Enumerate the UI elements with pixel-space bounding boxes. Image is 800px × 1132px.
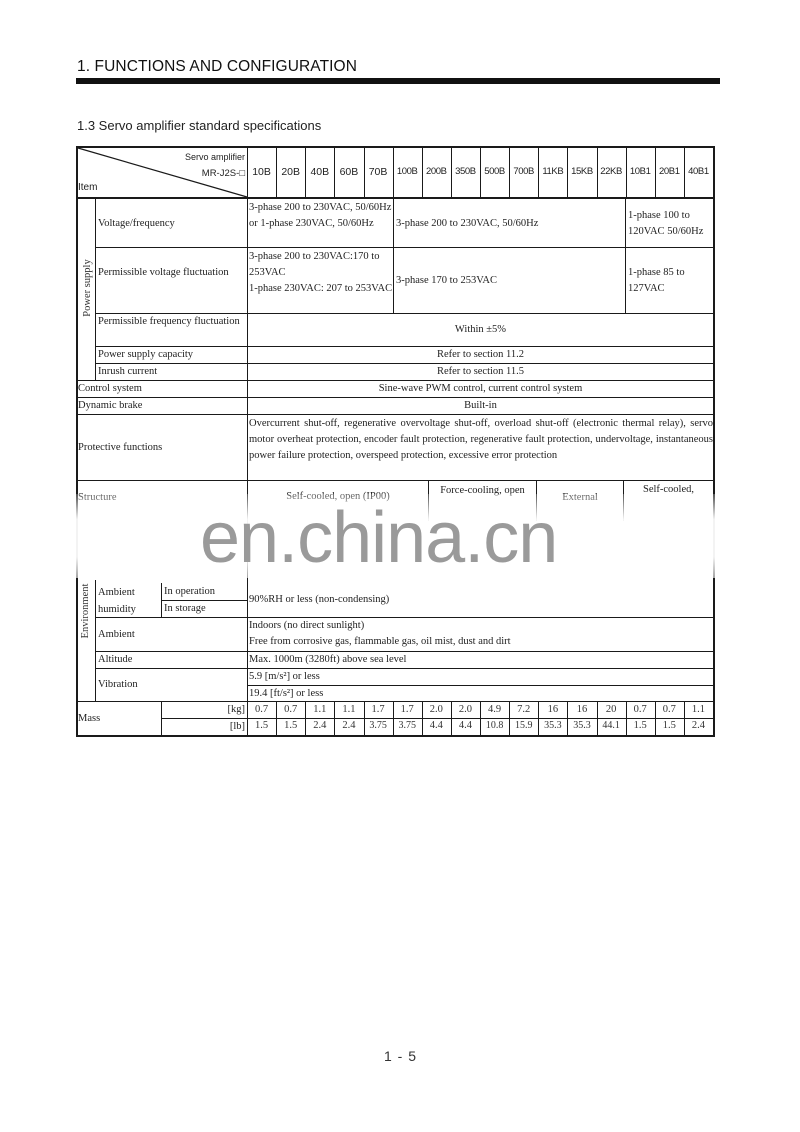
mass-lb-500b: 10.8 — [480, 720, 509, 731]
model-header-60b: 60B — [334, 166, 363, 178]
mass-kg-350b: 2.0 — [451, 704, 480, 715]
inrush-current-label: Inrush current — [98, 364, 246, 380]
voltage-fluctuation-value-2: 3-phase 170 to 253VAC — [396, 273, 626, 289]
model-header-10b: 10B — [247, 166, 276, 178]
voltage-frequency-value-2: 3-phase 200 to 230VAC, 50/60Hz — [396, 216, 626, 232]
watermark: en.china.cn — [200, 498, 557, 578]
humidity-in-operation: In operation — [164, 584, 246, 600]
mass-lb-20b: 1.5 — [276, 720, 305, 731]
mass-kg-60b: 1.1 — [334, 704, 363, 715]
mass-lb-70b: 3.75 — [364, 720, 393, 731]
mass-lb-350b: 4.4 — [451, 720, 480, 731]
item-label: Item — [78, 182, 118, 193]
humidity-value: 90%RH or less (non-condensing) — [249, 592, 713, 608]
ambient-value-line-1: Indoors (no direct sunlight) — [249, 618, 713, 634]
vf-divider-b — [625, 198, 626, 314]
table-border-bottom — [76, 735, 715, 737]
page-number: 1 - 5 — [384, 1048, 417, 1064]
mass-lb-100b: 3.75 — [393, 720, 422, 731]
power-capacity-label: Power supply capacity — [98, 347, 246, 363]
power-supply-group-label: Power supply — [82, 238, 96, 338]
altitude-value: Max. 1000m (3280ft) above sea level — [249, 652, 713, 668]
mass-unit-lb: [lb] — [162, 719, 245, 735]
voltage-frequency-label: Voltage/frequency — [98, 216, 246, 232]
mass-lb-60b: 2.4 — [334, 720, 363, 731]
vibration-value-si: 5.9 [m/s²] or less — [249, 669, 713, 685]
value-column-divider — [247, 198, 248, 736]
model-header-40b1: 40B1 — [684, 166, 713, 177]
voltage-fluctuation-1phase: 1-phase 230VAC: 207 to 253VAC — [249, 281, 394, 297]
vibration-label: Vibration — [98, 677, 246, 693]
voltage-frequency-value-1: 3-phase 200 to 230VAC, 50/60Hz or 1-phas… — [249, 200, 394, 232]
humidity-in-storage: In storage — [164, 601, 246, 617]
model-header-700b: 700B — [509, 166, 538, 177]
model-header-100b: 100B — [393, 166, 422, 177]
environment-divider — [95, 580, 96, 701]
model-header-500b: 500B — [480, 166, 509, 177]
power-capacity-value: Refer to section 11.2 — [248, 347, 713, 363]
row-rule — [76, 414, 715, 415]
mass-kg-70b: 1.7 — [364, 704, 393, 715]
section-title: 1.3 Servo amplifier standard specificati… — [77, 118, 321, 133]
chapter-title: 1. FUNCTIONS AND CONFIGURATION — [77, 58, 357, 76]
protective-functions-label: Protective functions — [78, 440, 246, 456]
model-header-11kb: 11KB — [538, 166, 567, 177]
mass-kg-10b: 0.7 — [247, 704, 276, 715]
vibration-value-imperial: 19.4 [ft/s²] or less — [249, 686, 713, 702]
mass-lb-40b1: 2.4 — [684, 720, 713, 731]
chapter-rule — [76, 78, 720, 84]
mass-kg-15kb: 16 — [567, 704, 596, 715]
mass-kg-700b: 7.2 — [509, 704, 538, 715]
model-header-10b1: 10B1 — [626, 166, 655, 177]
mass-unit-kg: [kg] — [162, 702, 245, 718]
model-header-22kb: 22KB — [597, 166, 626, 177]
servo-amplifier-label: Servo amplifier — [150, 152, 245, 162]
control-system-label: Control system — [78, 381, 246, 397]
model-header-350b: 350B — [451, 166, 480, 177]
model-header-200b: 200B — [422, 166, 451, 177]
mass-lb-11kb: 35.3 — [538, 720, 567, 731]
mass-kg-20b1: 0.7 — [655, 704, 684, 715]
mass-lb-40b: 2.4 — [305, 720, 334, 731]
model-prefix-label: MR-J2S-□ — [150, 168, 245, 179]
mass-kg-200b: 2.0 — [422, 704, 451, 715]
frequency-fluctuation-value: Within ±5% — [248, 322, 713, 338]
model-header-20b1: 20B1 — [655, 166, 684, 177]
row-rule — [76, 480, 715, 481]
model-header-70b: 70B — [364, 166, 393, 178]
voltage-fluctuation-label: Permissible voltage fluctuation — [98, 265, 246, 281]
voltage-fluctuation-value-3: 1-phase 85 to 127VAC — [628, 265, 714, 297]
mass-lb-10b: 1.5 — [247, 720, 276, 731]
dynamic-brake-label: Dynamic brake — [78, 398, 246, 414]
row-rule — [95, 247, 715, 248]
mass-label: Mass — [78, 711, 158, 727]
ambient-value-line-2: Free from corrosive gas, flammable gas, … — [249, 634, 713, 650]
vf-divider-a — [393, 198, 394, 314]
mass-kg-22kb: 20 — [597, 704, 626, 715]
mass-lb-22kb: 44.1 — [597, 720, 626, 731]
ambient-label: Ambient — [98, 627, 246, 643]
mass-lb-15kb: 35.3 — [567, 720, 596, 731]
humidity-label: Ambient humidity — [98, 584, 160, 618]
mass-lb-200b: 4.4 — [422, 720, 451, 731]
mass-kg-100b: 1.7 — [393, 704, 422, 715]
mass-kg-20b: 0.7 — [276, 704, 305, 715]
model-header-40b: 40B — [305, 166, 334, 178]
voltage-fluctuation-3phase: 3-phase 200 to 230VAC:170 to 253VAC — [249, 249, 394, 281]
dynamic-brake-value: Built-in — [248, 398, 713, 414]
ambient-value: Indoors (no direct sunlight) Free from c… — [249, 618, 713, 650]
mass-sub-rule — [161, 718, 715, 719]
inrush-current-value: Refer to section 11.5 — [248, 364, 713, 380]
voltage-fluctuation-value-1: 3-phase 200 to 230VAC:170 to 253VAC 1-ph… — [249, 249, 394, 297]
mass-kg-500b: 4.9 — [480, 704, 509, 715]
mass-lb-700b: 15.9 — [509, 720, 538, 731]
mass-kg-40b: 1.1 — [305, 704, 334, 715]
mass-kg-10b1: 0.7 — [626, 704, 655, 715]
mass-kg-40b1: 1.1 — [684, 704, 713, 715]
voltage-frequency-value-3: 1-phase 100 to 120VAC 50/60Hz — [628, 208, 714, 240]
frequency-fluctuation-label: Permissible frequency fluctuation — [98, 314, 246, 330]
mass-lb-20b1: 1.5 — [655, 720, 684, 731]
header-bottom-rule — [76, 197, 715, 199]
altitude-label: Altitude — [98, 652, 246, 668]
model-header-20b: 20B — [276, 166, 305, 178]
mass-kg-11kb: 16 — [538, 704, 567, 715]
control-system-value: Sine-wave PWM control, current control s… — [248, 381, 713, 397]
protective-functions-value: Overcurrent shut-off, regenerative overv… — [249, 416, 713, 464]
mass-lb-10b1: 1.5 — [626, 720, 655, 731]
model-header-15kb: 15KB — [567, 166, 596, 177]
